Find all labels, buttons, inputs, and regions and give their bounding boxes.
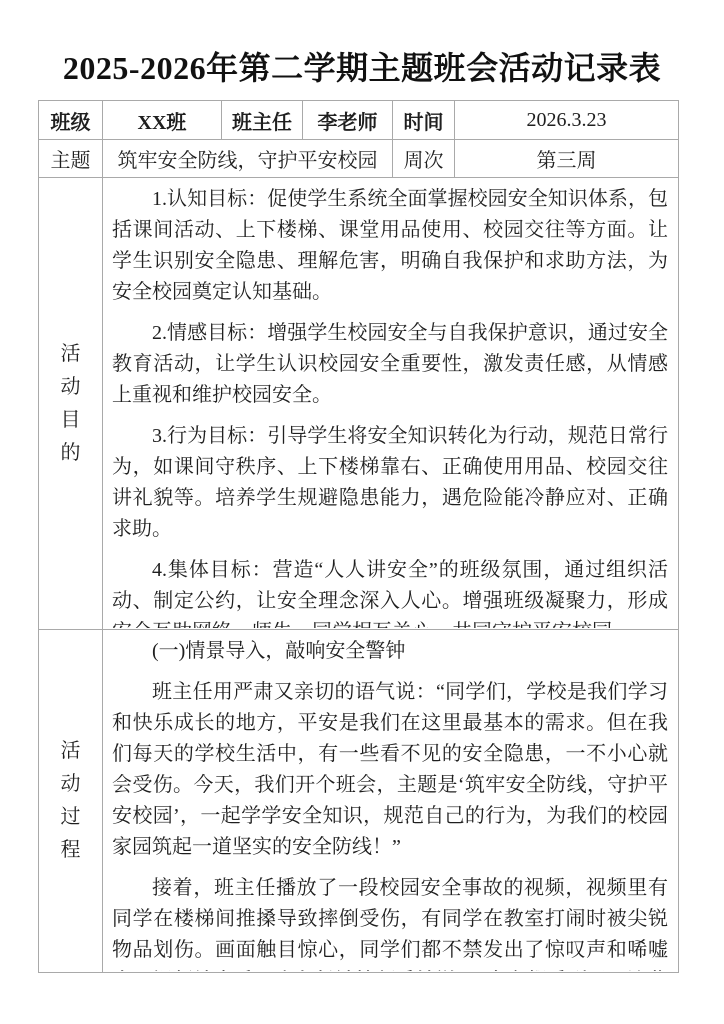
process-section-heading: (一)情景导入，敲响安全警钟 (112, 636, 668, 667)
process-content-cell: (一)情景导入，敲响安全警钟 班主任用严肃又亲切的语气说：“同学们，学校是我们学… (103, 630, 679, 973)
class-meeting-record-table: 班级 XX班 班主任 李老师 时间 2026.3.23 主题 筑牢安全防线，守护… (38, 100, 679, 973)
week-value: 第三周 (455, 140, 679, 178)
time-label: 时间 (393, 101, 455, 140)
class-label: 班级 (39, 101, 103, 140)
purpose-label-char: 的 (39, 437, 102, 470)
purpose-paragraph-4: 4.集体目标：营造“人人讲安全”的班级氛围，通过组织活动、制定公约，让安全理念深… (112, 555, 668, 628)
teacher-label: 班主任 (222, 101, 303, 140)
teacher-value: 李老师 (303, 101, 393, 140)
time-value: 2026.3.23 (455, 101, 679, 140)
purpose-row: 活 动 目 的 1.认知目标：促使学生系统全面掌握校园安全知识体系，包括课间活动… (39, 178, 679, 630)
document-page: 2025-2026年第二学期主题班会活动记录表 班级 XX班 班主任 李老师 时… (0, 0, 724, 1024)
document-title: 2025-2026年第二学期主题班会活动记录表 (0, 0, 724, 90)
process-paragraph-2: 接着，班主任播放了一段校园安全事故的视频，视频里有同学在楼梯间推搡导致摔倒受伤，… (112, 873, 668, 971)
process-vertical-label: 活 动 过 程 (39, 630, 103, 973)
purpose-paragraph-1: 1.认知目标：促使学生系统全面掌握校园安全知识体系，包括课间活动、上下楼梯、课堂… (112, 184, 668, 308)
process-label-char: 动 (39, 768, 102, 801)
purpose-content-cell: 1.认知目标：促使学生系统全面掌握校园安全知识体系，包括课间活动、上下楼梯、课堂… (103, 178, 679, 630)
info-row: 班级 XX班 班主任 李老师 时间 2026.3.23 (39, 101, 679, 140)
purpose-label-char: 活 (39, 338, 102, 371)
week-label: 周次 (393, 140, 455, 178)
purpose-paragraph-3: 3.行为目标：引导学生将安全知识转化为行动，规范日常行为，如课间守秩序、上下楼梯… (112, 421, 668, 545)
process-label-char: 程 (39, 834, 102, 867)
topic-value: 筑牢安全防线，守护平安校园 (103, 140, 393, 178)
purpose-vertical-label: 活 动 目 的 (39, 178, 103, 630)
topic-label: 主题 (39, 140, 103, 178)
purpose-paragraph-2: 2.情感目标：增强学生校园安全与自我保护意识，通过安全教育活动，让学生认识校园安… (112, 318, 668, 411)
purpose-label-char: 动 (39, 371, 102, 404)
process-label-char: 活 (39, 735, 102, 768)
purpose-label-char: 目 (39, 404, 102, 437)
purpose-content: 1.认知目标：促使学生系统全面掌握校园安全知识体系，包括课间活动、上下楼梯、课堂… (103, 178, 678, 628)
process-row: 活 动 过 程 (一)情景导入，敲响安全警钟 班主任用严肃又亲切的语气说：“同学… (39, 630, 679, 973)
process-content: (一)情景导入，敲响安全警钟 班主任用严肃又亲切的语气说：“同学们，学校是我们学… (103, 630, 678, 971)
class-value: XX班 (103, 101, 222, 140)
process-paragraph-1: 班主任用严肃又亲切的语气说：“同学们，学校是我们学习和快乐成长的地方，平安是我们… (112, 677, 668, 863)
topic-row: 主题 筑牢安全防线，守护平安校园 周次 第三周 (39, 140, 679, 178)
process-label-char: 过 (39, 801, 102, 834)
